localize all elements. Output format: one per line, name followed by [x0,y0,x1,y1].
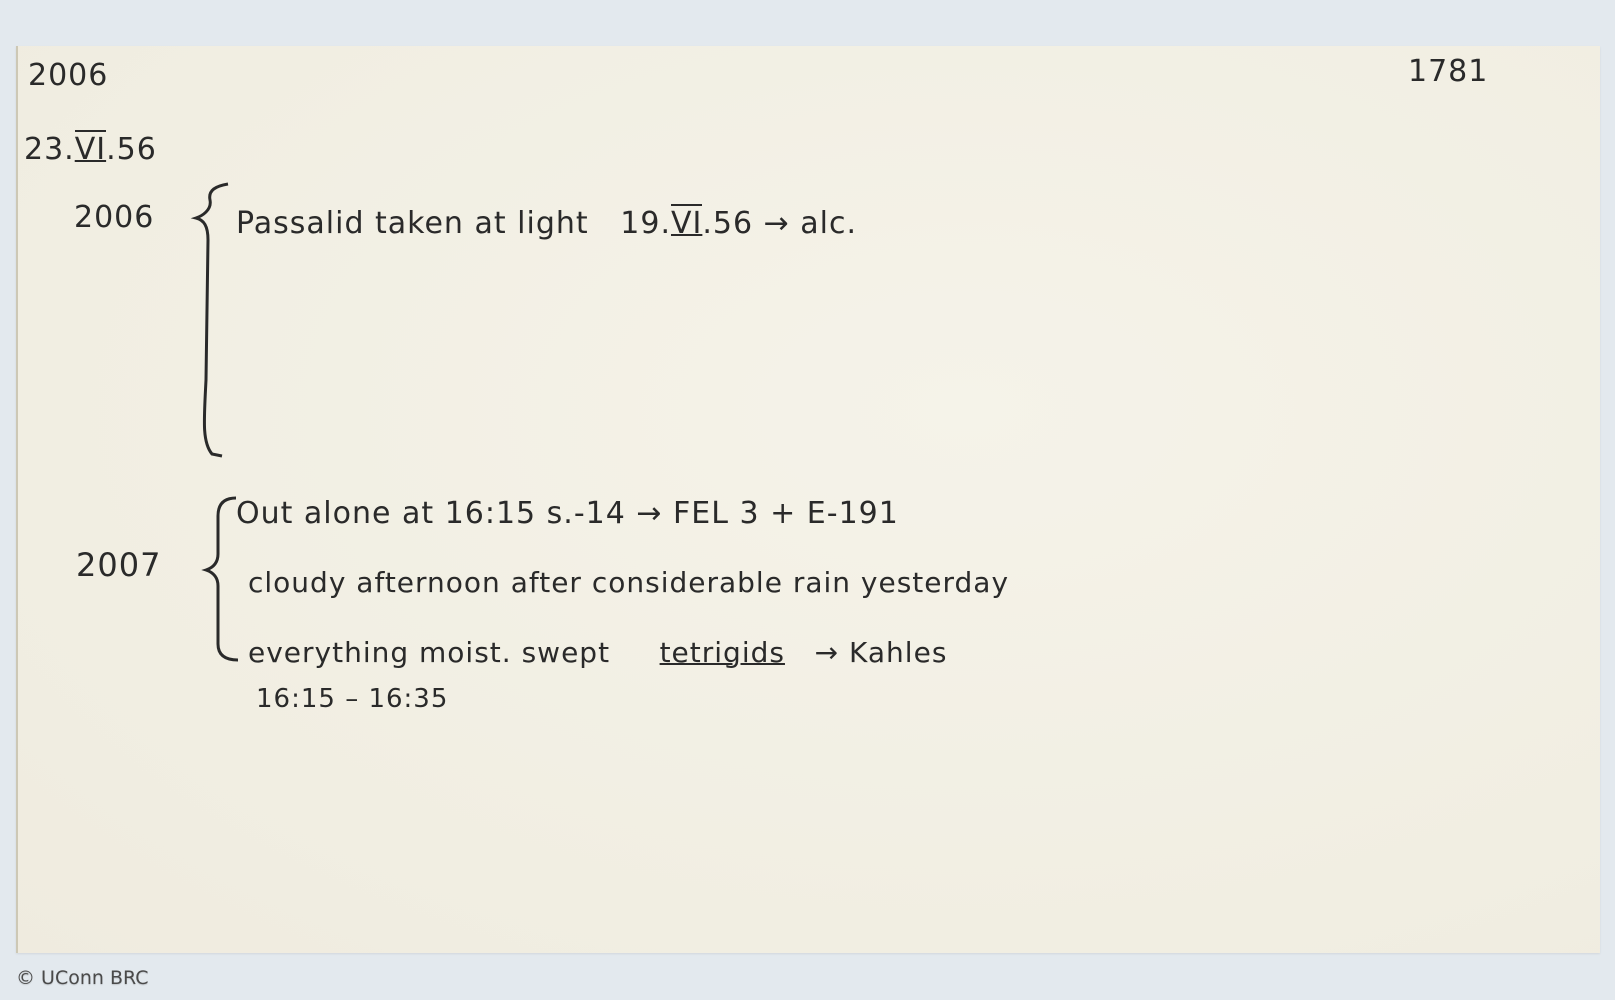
card-date-year: .56 [106,132,157,167]
card-date-day: 23. [24,132,75,167]
entry-2006-text: Passalid taken at light [236,206,589,241]
card-top-left-number: 2006 [28,58,108,93]
entry-2006-date-month: VI [671,204,702,241]
taxon-tetrigids: tetrigids [660,636,785,669]
entry-2006-number: 2006 [74,200,154,235]
entry-2007-number: 2007 [76,546,161,584]
entry-2007-line-3: everything moist. swept tetrigids → Kahl… [248,636,947,669]
entry-2006-tail: → alc. [764,206,857,241]
curly-brace-icon [188,180,238,460]
card-date: 23.VI.56 [24,132,157,167]
entry-2006-date-year: .56 [702,206,753,241]
entry-2007-line-1: Out alone at 16:15 s.-14 → FEL 3 + E-191 [236,496,899,531]
card-top-right-number: 1781 [1408,54,1488,89]
entry-2007-line-2: cloudy afternoon after considerable rain… [248,566,1009,599]
entry-2007-line-3-text: everything moist. swept [248,636,610,669]
index-card: 2006 1781 23.VI.56 2006 Passalid taken a… [16,46,1600,953]
entry-2007-line-3-tail: → Kahles [815,636,948,669]
card-date-month: VI [75,130,106,167]
entry-2006-date-day: 19. [620,206,671,241]
copyright-label: © UConn BRC [16,967,149,989]
entry-2006-line: Passalid taken at light 19.VI.56 → alc. [236,206,857,241]
entry-2007-time-range: 16:15 – 16:35 [256,684,448,714]
